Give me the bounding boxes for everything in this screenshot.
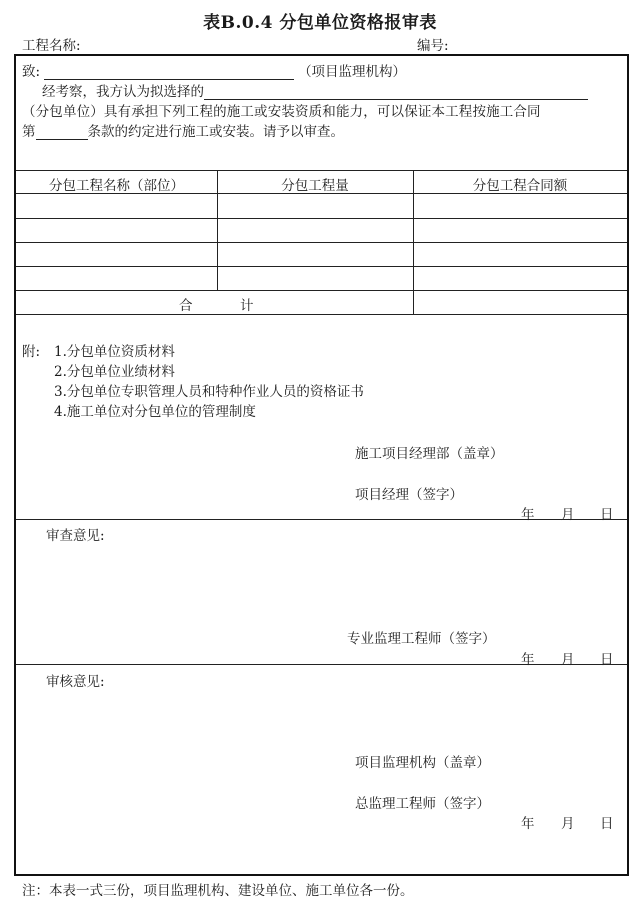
attachments-prefix: 附: [22,340,40,360]
date-month: 月 [561,503,575,523]
review-opinion-label: 审查意见: [46,524,105,544]
attachment-item: 4.施工单位对分包单位的管理制度 [54,400,256,420]
to-prefix: 致: [22,64,40,80]
divider [16,170,627,171]
table-cell[interactable] [414,267,627,290]
project-manager-sign-label: 项目经理（签字） [355,483,463,503]
divider [16,314,627,315]
date-year: 年 [521,648,535,668]
header-contract-amount: 分包工程合同额 [413,174,627,194]
attachment-item: 2.分包单位业绩材料 [54,360,175,380]
form-title: 表B.0.4 分包单位资格报审表 [0,8,640,33]
clause-prefix: 第 [22,124,36,140]
table-cell[interactable] [414,219,627,242]
date-day: 日 [600,648,614,668]
clause-number-field[interactable] [36,125,88,140]
date-day: 日 [600,812,614,832]
section-divider [16,664,627,665]
chief-engineer-sign-label: 总监理工程师（签字） [355,792,490,812]
clause-suffix: 条款的约定进行施工或安装。请予以审查。 [88,124,345,140]
table-cell[interactable] [414,243,627,266]
supervision-org-field[interactable] [44,65,294,80]
header-subcontract-name: 分包工程名称（部位） [16,174,217,194]
to-line: 致:（项目监理机构） [22,60,406,80]
specialist-engineer-sign-label: 专业监理工程师（签字） [347,627,496,647]
table-cell[interactable] [16,267,217,290]
total-label-part1: 合 [179,294,193,314]
table-cell[interactable] [16,219,217,242]
review-opinion-field[interactable] [46,544,606,624]
intro-line: 经考察，我方认为拟选择的 [42,80,588,100]
date-month: 月 [561,648,575,668]
table-cell[interactable] [218,194,413,218]
to-suffix: （项目监理机构） [298,64,406,80]
section-divider [16,519,627,520]
audit-opinion-label: 审核意见: [46,670,105,690]
total-amount-cell[interactable] [414,291,627,314]
intro-line-3: 第条款的约定进行施工或安装。请予以审查。 [22,120,344,140]
table-cell[interactable] [16,194,217,218]
table-cell[interactable] [218,219,413,242]
date-year: 年 [521,812,535,832]
supervision-org-stamp-label: 项目监理机构（盖章） [355,751,490,771]
table-cell[interactable] [414,194,627,218]
attachment-item: 3.分包单位专职管理人员和特种作业人员的资格证书 [54,380,364,400]
intro-text: 经考察，我方认为拟选择的 [42,84,204,100]
header-quantity: 分包工程量 [217,174,413,194]
project-name-label: 工程名称: [22,34,81,54]
table-cell[interactable] [218,243,413,266]
attachment-item: 1.分包单位资质材料 [54,340,175,360]
form-frame: 致:（项目监理机构） 经考察，我方认为拟选择的 （分包单位）具有承担下列工程的施… [14,54,629,876]
intro-line-2: （分包单位）具有承担下列工程的施工或安装资质和能力，可以保证本工程按施工合同 [22,100,541,120]
date-year: 年 [521,503,535,523]
subcontractor-field[interactable] [204,85,588,100]
footer-note: 注：本表一式三份，项目监理机构、建设单位、施工单位各一份。 [22,879,414,899]
table-cell[interactable] [16,243,217,266]
number-label: 编号: [417,34,449,54]
date-day: 日 [600,503,614,523]
date-month: 月 [561,812,575,832]
audit-opinion-field[interactable] [46,690,606,746]
table-cell[interactable] [218,267,413,290]
total-label-part2: 计 [240,294,254,314]
contractor-stamp-label: 施工项目经理部（盖章） [355,442,504,462]
